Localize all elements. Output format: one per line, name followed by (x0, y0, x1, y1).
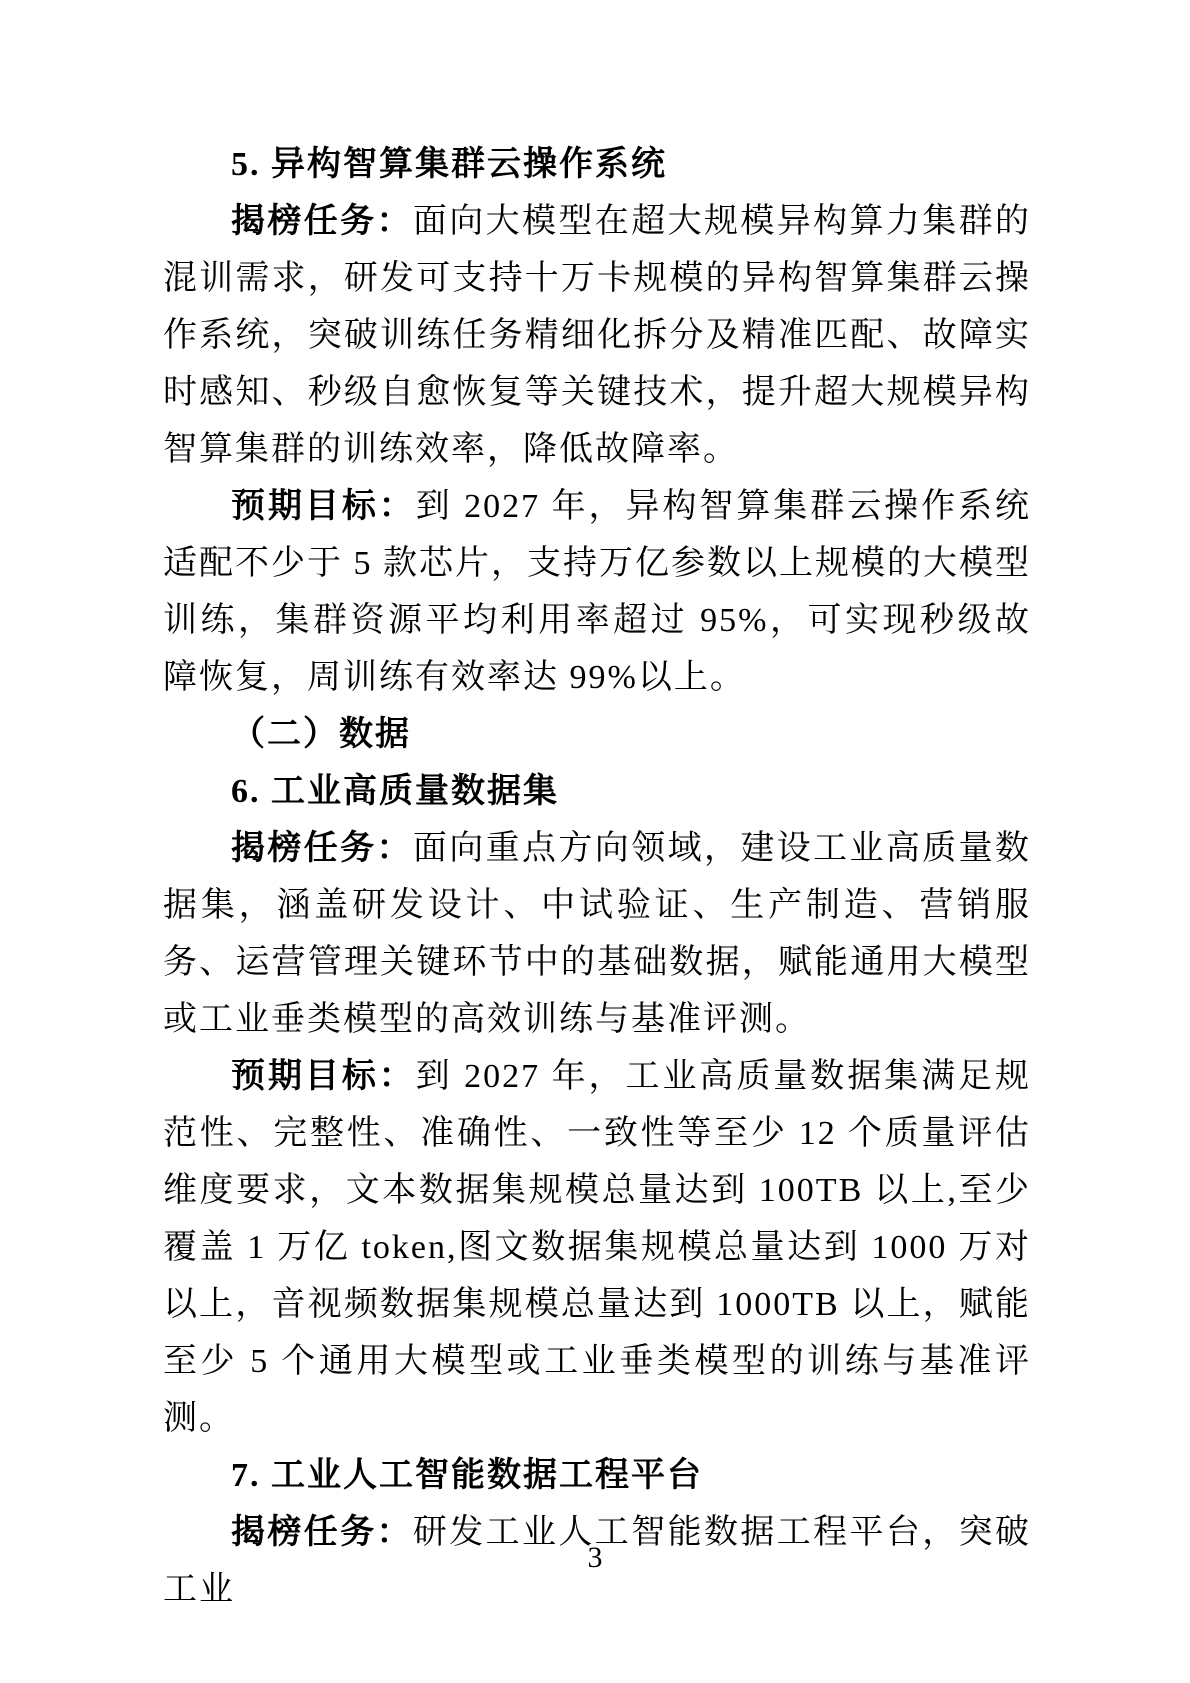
paragraph-text: 到 2027 年，工业高质量数据集满足规范性、完整性、准确性、一致性等至少 12… (163, 1058, 1031, 1437)
lead-label-task: 揭榜任务： (231, 203, 413, 240)
lead-label-goal: 预期目标： (231, 1058, 416, 1095)
document-body: 5. 异构智算集群云操作系统 揭榜任务：面向大模型在超大规模异构算力集群的混训需… (163, 136, 1031, 1618)
section-heading-6: 6. 工业高质量数据集 (163, 763, 1031, 820)
paragraph-task-6: 揭榜任务：面向重点方向领域，建设工业高质量数据集，涵盖研发设计、中试验证、生产制… (163, 820, 1031, 1048)
lead-label-goal: 预期目标： (231, 488, 416, 525)
paragraph-task-5: 揭榜任务：面向大模型在超大规模异构算力集群的混训需求，研发可支持十万卡规模的异构… (163, 193, 1031, 478)
paragraph-text: 面向大模型在超大规模异构算力集群的混训需求，研发可支持十万卡规模的异构智算集群云… (163, 203, 1031, 468)
paragraph-goal-5: 预期目标：到 2027 年，异构智算集群云操作系统适配不少于 5 款芯片，支持万… (163, 478, 1031, 706)
section-heading-7: 7. 工业人工智能数据工程平台 (163, 1447, 1031, 1504)
page-number: 3 (0, 1538, 1190, 1578)
section-heading-5: 5. 异构智算集群云操作系统 (163, 136, 1031, 193)
lead-label-task: 揭榜任务： (231, 830, 413, 867)
document-page: 5. 异构智算集群云操作系统 揭榜任务：面向大模型在超大规模异构算力集群的混训需… (0, 0, 1190, 1683)
section-heading-data: （二）数据 (163, 706, 1031, 763)
paragraph-goal-6: 预期目标：到 2027 年，工业高质量数据集满足规范性、完整性、准确性、一致性等… (163, 1048, 1031, 1447)
